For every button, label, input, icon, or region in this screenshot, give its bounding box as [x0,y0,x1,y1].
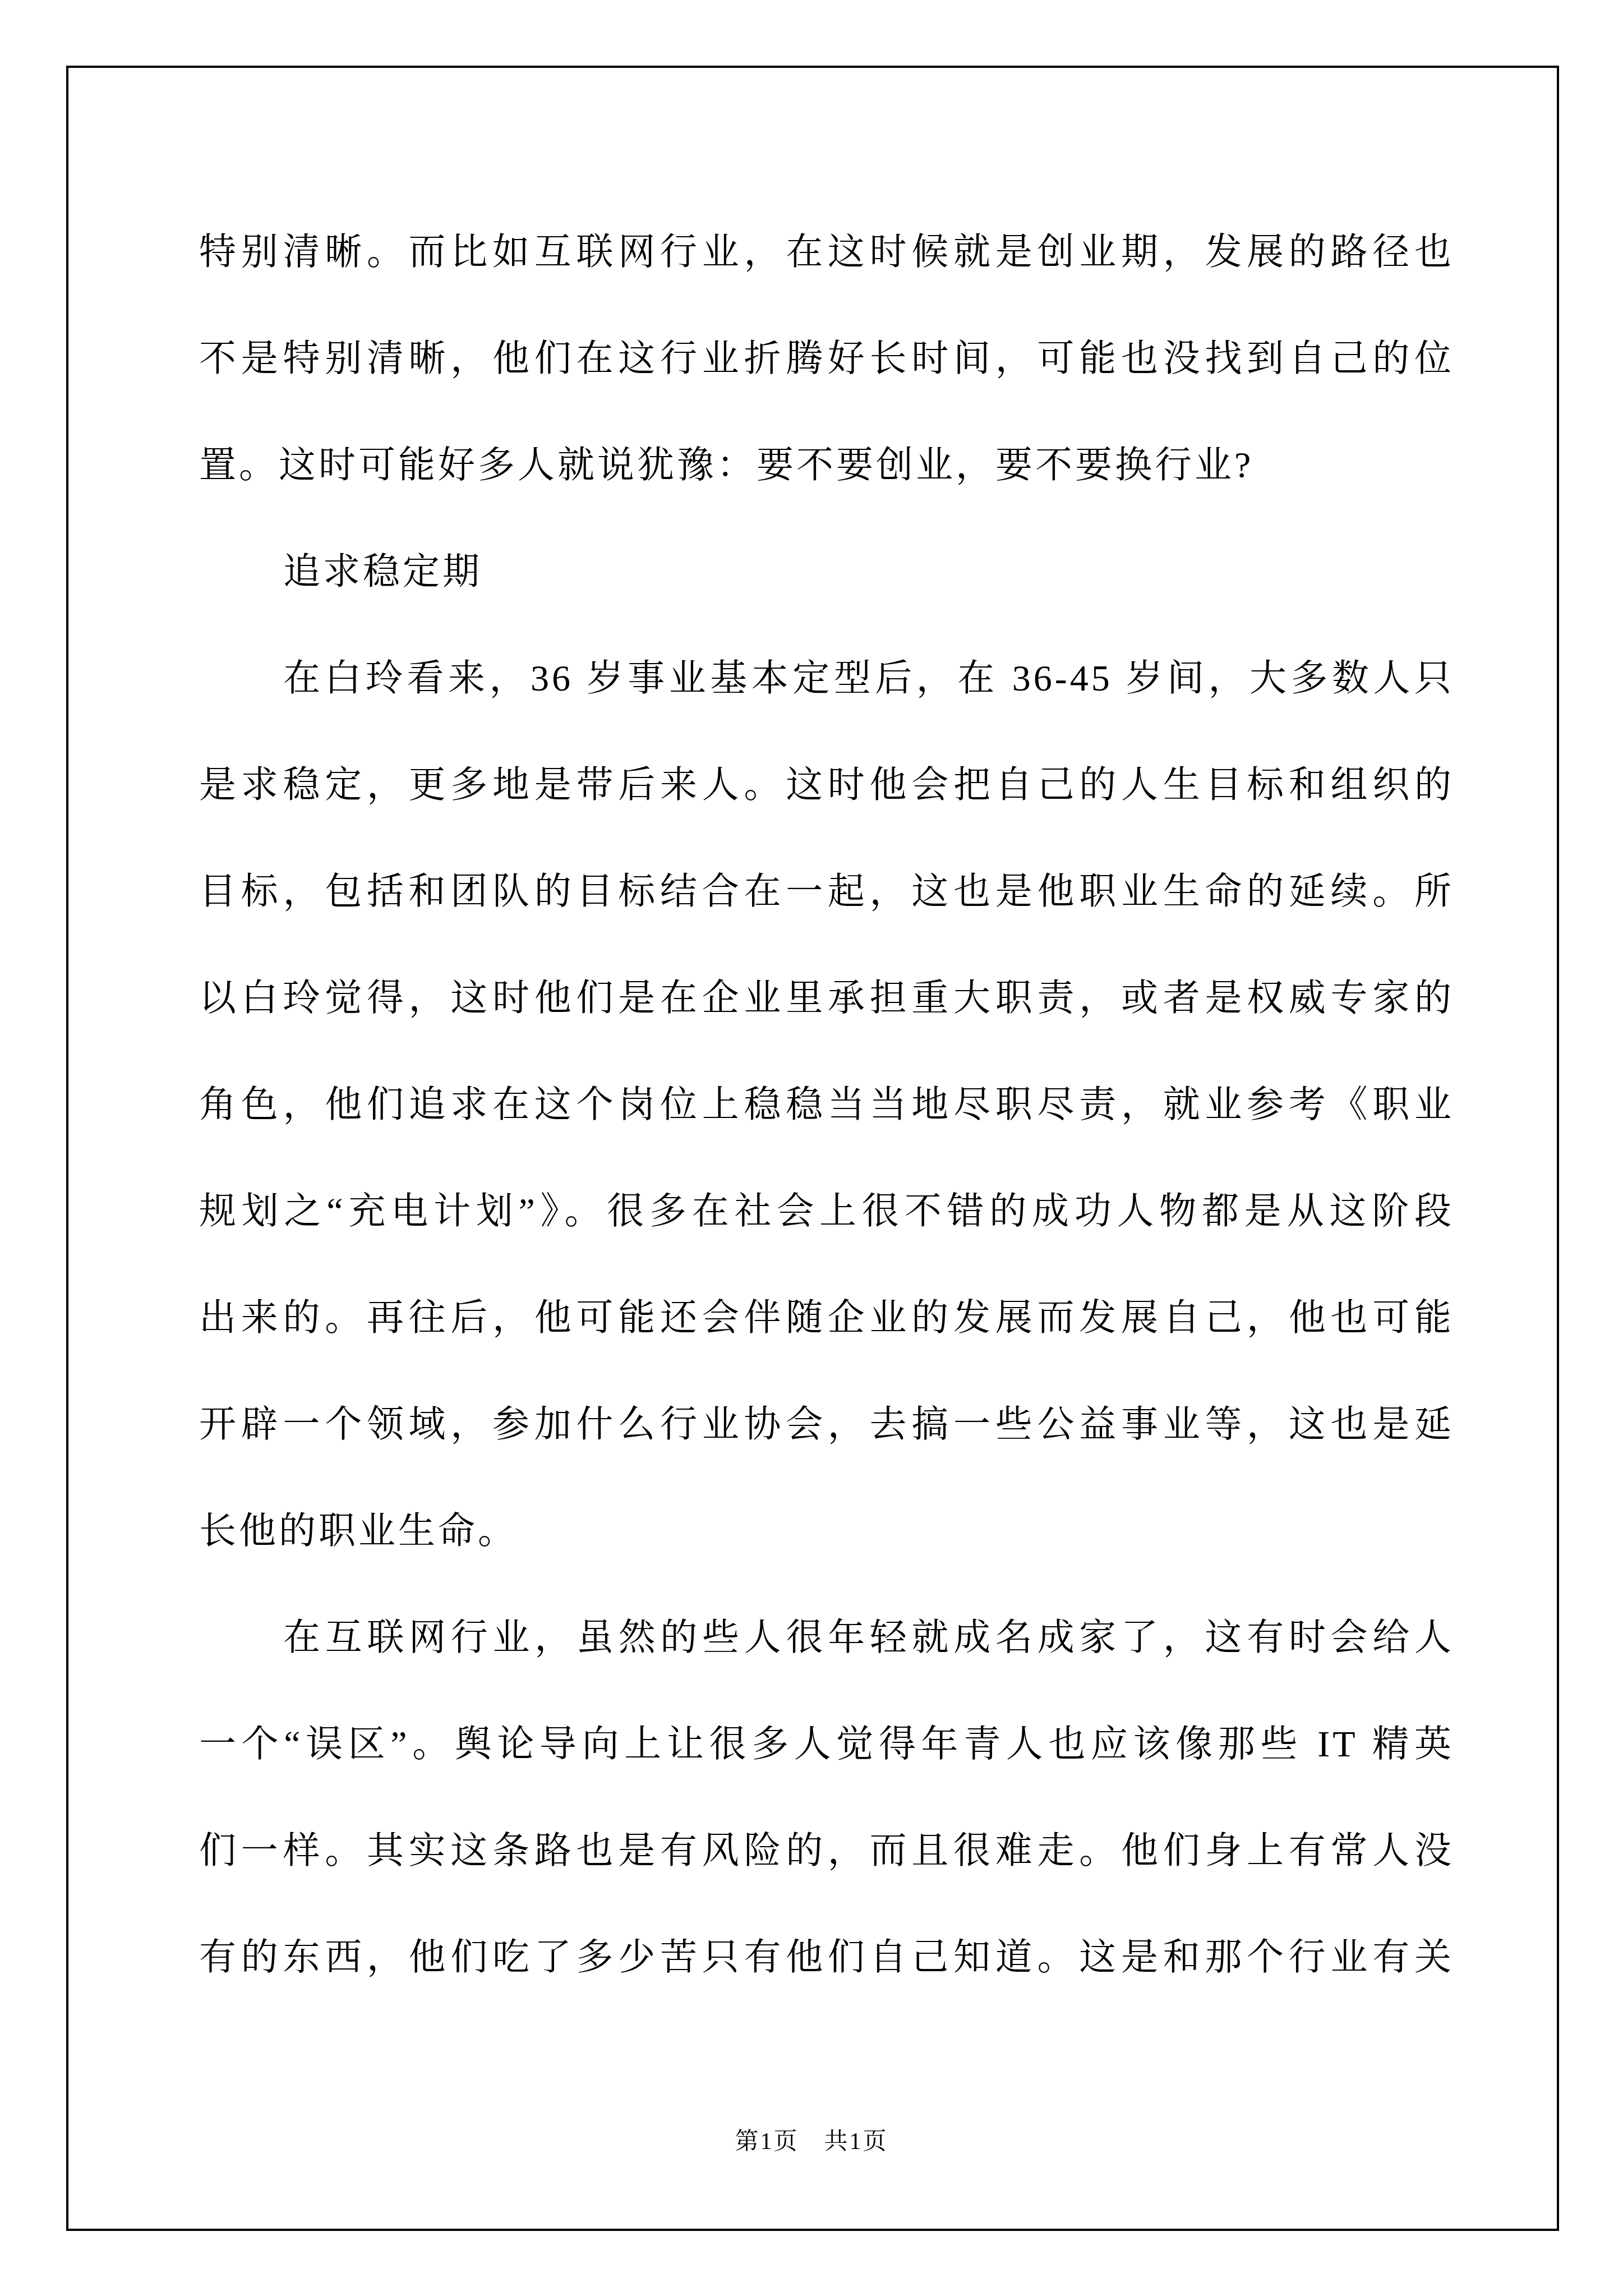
text-line: 在互联网行业，虽然的些人很年轻就成名成家了，这有时会给人 [199,1585,1454,1691]
text-line-heading: 追求稳定期 [199,519,1454,625]
text-line: 是求稳定，更多地是带后来人。这时他会把自己的人生目标和组织的 [199,732,1454,839]
text-line: 们一样。其实这条路也是有风险的，而且很难走。他们身上有常人没 [199,1798,1454,1904]
text-line: 在白玲看来，36 岁事业基本定型后，在 36-45 岁间，大多数人只 [199,625,1454,732]
document-body: 特别清晰。而比如互联网行业，在这时候就是创业期，发展的路径也 不是特别清晰，他们… [199,199,1454,2011]
text-line: 目标，包括和团队的目标结合在一起，这也是他职业生命的延续。所 [199,839,1454,945]
page-number-footer: 第1页 共1页 [0,2126,1623,2157]
text-line: 规划之“充电计划”》。很多在社会上很不错的成功人物都是从这阶段 [199,1158,1454,1265]
text-line: 有的东西，他们吃了多少苦只有他们自己知道。这是和那个行业有关 [199,1904,1454,2011]
text-line: 以白玲觉得，这时他们是在企业里承担重大职责，或者是权威专家的 [199,945,1454,1052]
text-line: 角色，他们追求在这个岗位上稳稳当当地尽职尽责，就业参考《职业 [199,1052,1454,1158]
text-line: 一个“误区”。舆论导向上让很多人觉得年青人也应该像那些 IT 精英 [199,1691,1454,1798]
text-line: 置。这时可能好多人就说犹豫：要不要创业，要不要换行业? [199,412,1454,519]
text-line: 特别清晰。而比如互联网行业，在这时候就是创业期，发展的路径也 [199,199,1454,306]
text-line: 不是特别清晰，他们在这行业折腾好长时间，可能也没找到自己的位 [199,306,1454,412]
document-page: 特别清晰。而比如互联网行业，在这时候就是创业期，发展的路径也 不是特别清晰，他们… [0,0,1623,2296]
text-line: 出来的。再往后，他可能还会伴随企业的发展而发展自己，他也可能 [199,1265,1454,1372]
text-line: 长他的职业生命。 [199,1478,1454,1585]
text-line: 开辟一个领域，参加什么行业协会，去搞一些公益事业等，这也是延 [199,1372,1454,1478]
